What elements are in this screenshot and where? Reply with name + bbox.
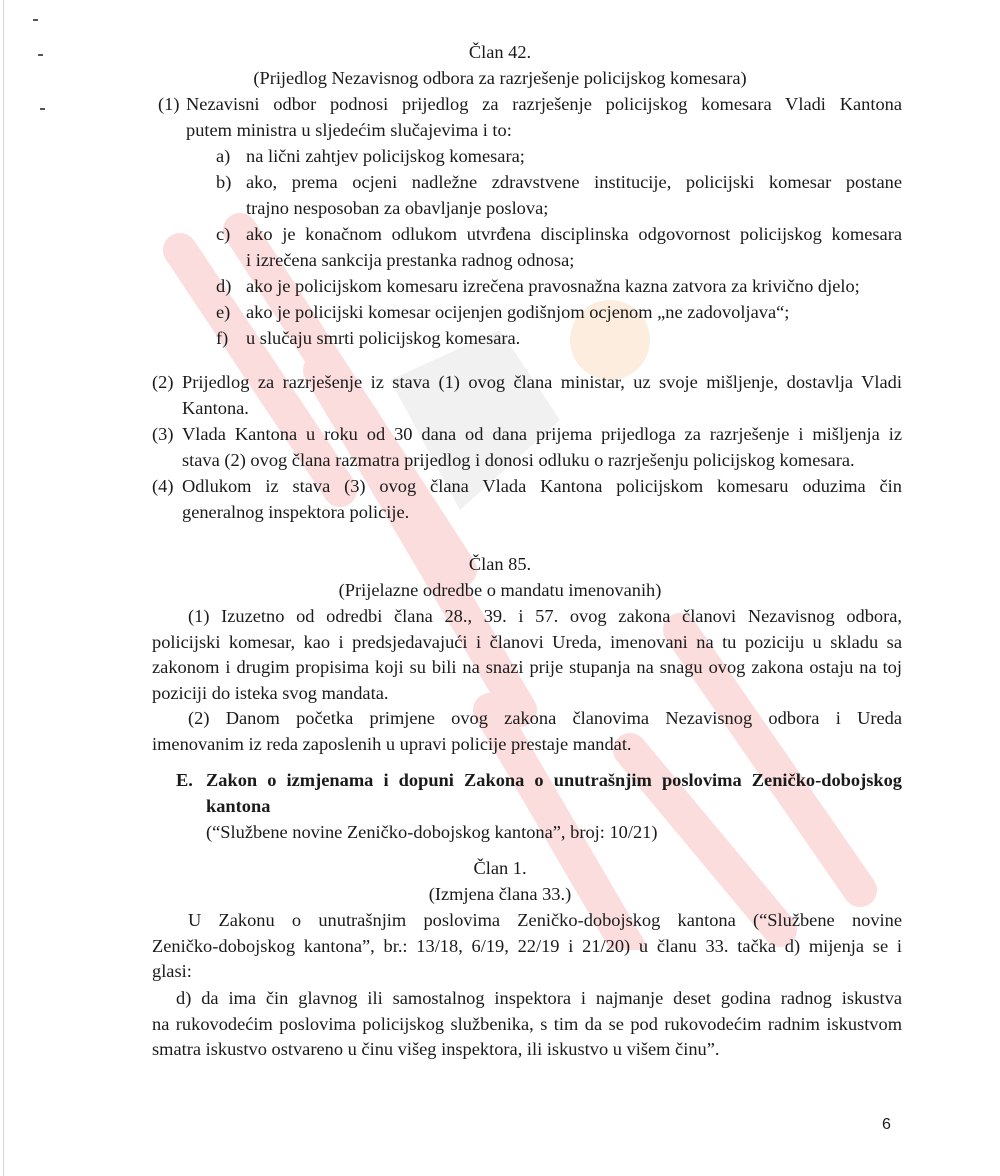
text-line: Prijedlog za razrješenje iz stava (1) ov… xyxy=(182,370,902,396)
list-item-label: a) xyxy=(216,144,230,170)
text-line: (1) Izuzetno od odredbi člana 28., 39. i… xyxy=(152,604,902,630)
list-item-label: c) xyxy=(216,222,230,248)
article-42-paragraph-2: Prijedlog za razrješenje iz stava (1) ov… xyxy=(182,370,902,421)
section-e-title: Zakon o izmjenama i dopuni Zakona o unut… xyxy=(206,768,902,819)
paragraph-number: (2) xyxy=(152,370,173,396)
list-item-label: d) xyxy=(216,274,231,300)
list-item: u slučaju smrti policijskog komesara. xyxy=(246,326,902,352)
article-85-subtitle: (Prijelazne odredbe o mandatu imenovanih… xyxy=(0,578,1000,604)
text-line: u slučaju smrti policijskog komesara. xyxy=(246,326,902,352)
text-line: i izrečena sankcija prestanka radnog odn… xyxy=(246,248,902,274)
text-line: poziciji do isteka svog mandata. xyxy=(152,681,902,707)
list-item: na lični zahtjev policijskog komesara; xyxy=(246,144,902,170)
page-number: 6 xyxy=(882,1112,891,1138)
list-item: ako, prema ocjeni nadležne zdravstvene i… xyxy=(246,170,902,221)
article-42-paragraph-4: Odlukom iz stava (3) ovog člana Vlada Ka… xyxy=(182,474,902,525)
section-letter: E. xyxy=(176,768,193,794)
text-line: zakonom i drugim propisima koji su bili … xyxy=(152,655,902,681)
text-line: Zeničko-dobojskog kantona”, br.: 13/18, … xyxy=(152,934,902,960)
text-line: na rukovodećim poslovima policijskog slu… xyxy=(152,1012,902,1038)
text-line: imenovanim iz reda zaposlenih u upravi p… xyxy=(152,732,902,758)
text-line: Kantona. xyxy=(182,396,902,422)
text-line: Nezavisni odbor podnosi prijedlog za raz… xyxy=(186,92,902,118)
article-85-heading: Član 85. xyxy=(0,552,1000,578)
paragraph-number: (1) xyxy=(158,92,179,118)
text-line: stava (2) ovog člana razmatra prijedlog … xyxy=(182,448,902,474)
article-1-paragraph-2: d) da ima čin glavnog ili samostalnog in… xyxy=(152,986,902,1063)
article-85-paragraph-2: (2) Danom početka primjene ovog zakona č… xyxy=(152,706,902,757)
document-page: Član 42. (Prijedlog Nezavisnog odbora za… xyxy=(0,0,1000,1176)
text-line: ako je policijski komesar ocijenjen godi… xyxy=(246,300,902,326)
list-item: ako je konačnom odlukom utvrđena discipl… xyxy=(246,222,902,273)
article-42-heading: Član 42. xyxy=(0,40,1000,66)
text-line: ako je konačnom odlukom utvrđena discipl… xyxy=(246,222,902,248)
text-line: smatra iskustvo ostvareno u činu višeg i… xyxy=(152,1037,902,1063)
paragraph-number: (3) xyxy=(152,422,173,448)
text-line: glasi: xyxy=(152,959,902,985)
text-line: kantona xyxy=(206,794,902,820)
article-1-paragraph-1: U Zakonu o unutrašnjim poslovima Zeničko… xyxy=(152,908,902,985)
text-line: generalnog inspektora policije. xyxy=(182,500,902,526)
paragraph-number: (4) xyxy=(152,474,173,500)
text-line: (2) Danom početka primjene ovog zakona č… xyxy=(152,706,902,732)
list-item-label: b) xyxy=(216,170,231,196)
article-85-paragraph-1: (1) Izuzetno od odredbi člana 28., 39. i… xyxy=(152,604,902,706)
text-line: Zakon o izmjenama i dopuni Zakona o unut… xyxy=(206,768,902,794)
article-1-subtitle: (Izmjena člana 33.) xyxy=(0,882,1000,908)
list-item: ako je policijski komesar ocijenjen godi… xyxy=(246,300,902,326)
text-line: na lični zahtjev policijskog komesara; xyxy=(246,144,902,170)
article-42-paragraph-1: Nezavisni odbor podnosi prijedlog za raz… xyxy=(186,92,902,143)
list-item-label: f) xyxy=(216,326,228,352)
text-line: trajno nesposoban za obavljanje poslova; xyxy=(246,196,902,222)
text-line: ako je policijskom komesaru izrečena pra… xyxy=(246,274,902,300)
article-1-heading: Član 1. xyxy=(0,856,1000,882)
article-42-paragraph-3: Vlada Kantona u roku od 30 dana od dana … xyxy=(182,422,902,473)
article-42-subtitle: (Prijedlog Nezavisnog odbora za razrješe… xyxy=(0,66,1000,92)
list-item-label: e) xyxy=(216,300,230,326)
list-item: ako je policijskom komesaru izrečena pra… xyxy=(246,274,902,300)
text-line: U Zakonu o unutrašnjim poslovima Zeničko… xyxy=(152,908,902,934)
text-line: ako, prema ocjeni nadležne zdravstvene i… xyxy=(246,170,902,196)
text-line: Vlada Kantona u roku od 30 dana od dana … xyxy=(182,422,902,448)
text-line: (“Službene novine Zeničko-dobojskog kant… xyxy=(206,820,902,846)
text-line: putem ministra u sljedećim slučajevima i… xyxy=(186,118,902,144)
text-line: policijski komesar, kao i predsjedavajuć… xyxy=(152,630,902,656)
section-e-gazette: (“Službene novine Zeničko-dobojskog kant… xyxy=(206,820,902,846)
text-line: d) da ima čin glavnog ili samostalnog in… xyxy=(152,986,902,1012)
text-line: Odlukom iz stava (3) ovog člana Vlada Ka… xyxy=(182,474,902,500)
